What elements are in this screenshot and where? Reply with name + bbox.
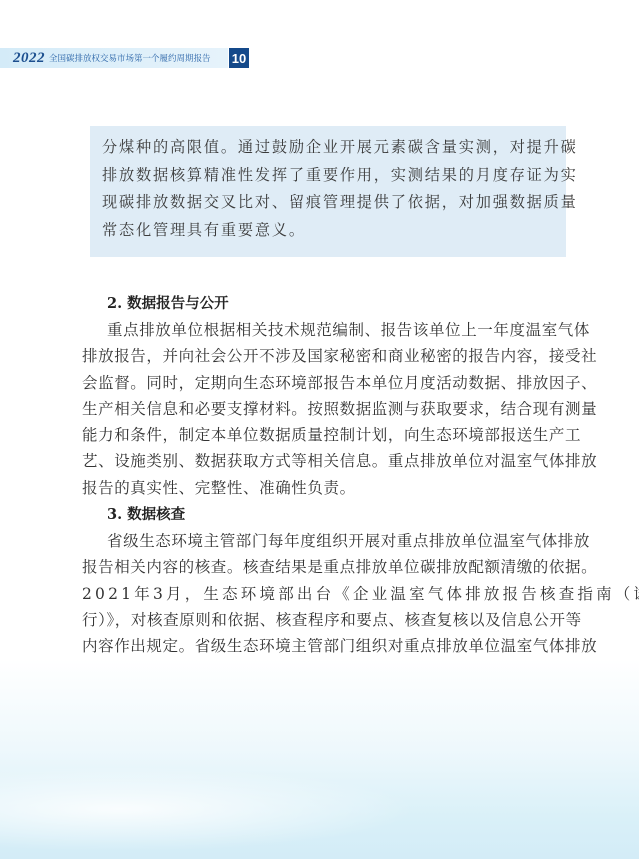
paragraph-line: 行）》，对核查原则和依据、核查程序和要点、核查复核以及信息公开等 xyxy=(82,607,577,633)
callout-line: 排放数据核算精准性发挥了重要作用，实测结果的月度存证为实 xyxy=(102,162,566,190)
callout-line: 现碳排放数据交叉比对、留痕管理提供了依据，对加强数据质量 xyxy=(102,189,566,217)
section-heading-data-reporting: 2. 数据报告与公开 xyxy=(107,290,577,317)
callout-box: 分煤种的高限值。通过鼓励企业开展元素碳含量实测，对提升碳 排放数据核算精准性发挥… xyxy=(90,126,566,257)
header-title: 全国碳排放权交易市场第一个履约周期报告 xyxy=(49,52,211,64)
paragraph-line: 艺、设施类别、数据获取方式等相关信息。重点排放单位对温室气体排放 xyxy=(82,448,577,474)
callout-line: 常态化管理具有重要意义。 xyxy=(102,217,566,245)
paragraph-line: 重点排放单位根据相关技术规范编制、报告该单位上一年度温室气体 xyxy=(107,317,577,343)
body-content: 2. 数据报告与公开 重点排放单位根据相关技术规范编制、报告该单位上一年度温室气… xyxy=(107,290,577,660)
paragraph-line: 能力和条件，制定本单位数据质量控制计划，向生态环境部报送生产工 xyxy=(82,422,577,448)
running-header: 2022 全国碳排放权交易市场第一个履约周期报告 xyxy=(0,48,228,68)
paragraph-line: 省级生态环境主管部门每年度组织开展对重点排放单位温室气体排放 xyxy=(107,528,577,554)
paragraph-line: 报告的真实性、完整性、准确性负责。 xyxy=(82,475,577,501)
paragraph-line: 排放报告，并向社会公开不涉及国家秘密和商业秘密的报告内容，接受社 xyxy=(82,343,577,369)
decorative-wave-background xyxy=(0,659,639,859)
header-year: 2022 xyxy=(13,50,45,67)
page-number: 10 xyxy=(229,48,249,68)
paragraph-line: 内容作出规定。省级生态环境主管部门组织对重点排放单位温室气体排放 xyxy=(82,633,577,659)
callout-line: 分煤种的高限值。通过鼓励企业开展元素碳含量实测，对提升碳 xyxy=(102,134,566,162)
section-heading-data-verification: 3. 数据核查 xyxy=(107,501,577,528)
paragraph-line: 生产相关信息和必要支撑材料。按照数据监测与获取要求，结合现有测量 xyxy=(82,396,577,422)
paragraph-line: 报告相关内容的核查。核查结果是重点排放单位碳排放配额清缴的依据。 xyxy=(82,554,577,580)
paragraph-line: 2021年3月，生态环境部出台《企业温室气体排放报告核查指南（试 xyxy=(82,581,577,607)
paragraph-line: 会监督。同时，定期向生态环境部报告本单位月度活动数据、排放因子、 xyxy=(82,370,577,396)
